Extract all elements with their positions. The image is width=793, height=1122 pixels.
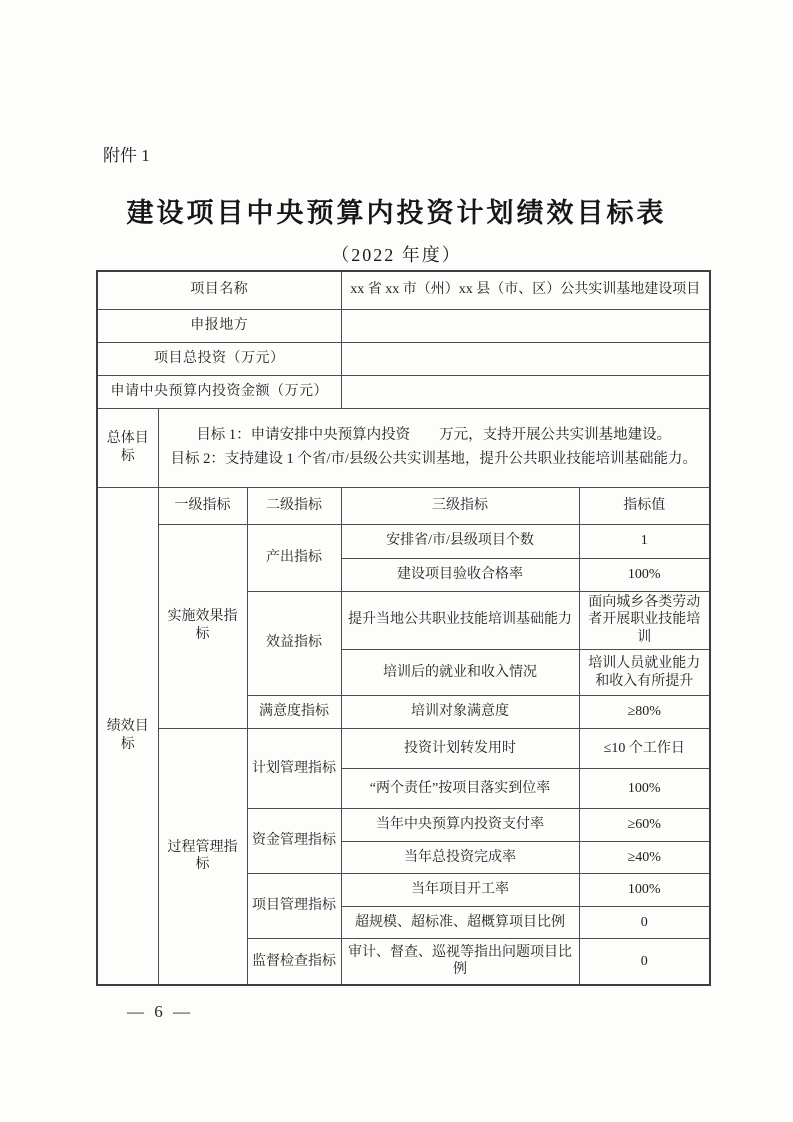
indicator-name: 建设项目验收合格率 [341,558,579,591]
attachment-label: 附件 1 [103,141,150,166]
table-row: 申请中央预算内投资金额（万元） [97,375,710,408]
indicator-name: 投资计划转发用时 [341,729,579,769]
indicator-value: 1 [579,524,710,558]
central-budget-amount-label: 申请中央预算内投资金额（万元） [97,375,341,408]
header-level3: 三级指标 [341,487,579,524]
level2-plan-management: 计划管理指标 [247,729,341,809]
indicator-value: ≥80% [579,696,710,729]
indicator-name: 超规模、超标准、超概算项目比例 [341,907,579,939]
indicator-value: 100% [579,558,710,591]
level2-project-management: 项目管理指标 [247,874,341,939]
indicator-name: 审计、督查、巡视等指出问题项目比例 [341,939,579,985]
indicator-name: 安排省/市/县级项目个数 [341,524,579,558]
indicator-name: 当年中央预算内投资支付率 [341,809,579,842]
indicator-name: 培训后的就业和收入情况 [341,650,579,696]
indicator-value: 100% [579,874,710,907]
indicator-name: 当年项目开工率 [341,874,579,907]
level2-supervision-inspection: 监督检查指标 [247,939,341,985]
level2-benefit-indicators: 效益指标 [247,591,341,696]
indicator-header-row: 绩效目标 一级指标 二级指标 三级指标 指标值 [97,487,710,524]
total-investment-label: 项目总投资（万元） [97,342,341,375]
indicator-value: ≥40% [579,842,710,874]
header-level1: 一级指标 [158,487,247,524]
indicator-value: ≥60% [579,809,710,842]
overall-goal-line-1: 目标 1：申请安排中央预算内投资 万元，支持开展公共实训基地建设。 [162,424,707,448]
level1-process-indicators: 过程管理指标 [158,729,247,985]
level1-effect-indicators: 实施效果指标 [158,524,247,729]
project-name-label: 项目名称 [97,271,341,309]
indicator-value: 面向城乡各类劳动者开展职业技能培训 [579,591,710,650]
indicator-row: 实施效果指标 产出指标 安排省/市/县级项目个数 1 [97,524,710,558]
declaring-region-value [341,309,710,342]
indicator-value: 培训人员就业能力和收入有所提升 [579,650,710,696]
overall-goal-label: 总体目标 [97,408,158,487]
document-page: 附件 1 建设项目中央预算内投资计划绩效目标表 （2022 年度） 项目名称 x… [0,0,793,1122]
overall-goal-line-2: 目标 2：支持建设 1 个省/市/县级公共实训基地，提升公共职业技能培训基础能力… [162,448,707,472]
table-row: 申报地方 [97,309,710,342]
page-subtitle: （2022 年度） [0,241,793,267]
overall-goal-row: 总体目标 目标 1：申请安排中央预算内投资 万元，支持开展公共实训基地建设。 目… [97,408,710,487]
level2-satisfaction-indicators: 满意度指标 [247,696,341,729]
level2-output-indicators: 产出指标 [247,524,341,591]
indicator-value: ≤10 个工作日 [579,729,710,769]
performance-target-table: 项目名称 xx 省 xx 市（州）xx 县（市、区）公共实训基地建设项目 申报地… [96,270,711,986]
total-investment-value [341,342,710,375]
overall-goal-cell: 目标 1：申请安排中央预算内投资 万元，支持开展公共实训基地建设。 目标 2：支… [158,408,710,487]
table-row: 项目名称 xx 省 xx 市（州）xx 县（市、区）公共实训基地建设项目 [97,271,710,309]
level2-fund-management: 资金管理指标 [247,809,341,874]
performance-goal-label: 绩效目标 [97,487,158,985]
indicator-name: 提升当地公共职业技能培训基础能力 [341,591,579,650]
table-row: 项目总投资（万元） [97,342,710,375]
page-number: — 6 — [127,1002,193,1022]
project-name-value: xx 省 xx 市（州）xx 县（市、区）公共实训基地建设项目 [341,271,710,309]
central-budget-amount-value [341,375,710,408]
indicator-row: 过程管理指标 计划管理指标 投资计划转发用时 ≤10 个工作日 [97,729,710,769]
indicator-name: 培训对象满意度 [341,696,579,729]
indicator-value: 0 [579,907,710,939]
performance-table-wrap: 项目名称 xx 省 xx 市（州）xx 县（市、区）公共实训基地建设项目 申报地… [96,270,711,986]
indicator-name: 当年总投资完成率 [341,842,579,874]
header-level2: 二级指标 [247,487,341,524]
header-value: 指标值 [579,487,710,524]
page-title: 建设项目中央预算内投资计划绩效目标表 [0,191,793,230]
indicator-value: 100% [579,769,710,809]
declaring-region-label: 申报地方 [97,309,341,342]
indicator-value: 0 [579,939,710,985]
indicator-name: “两个责任”按项目落实到位率 [341,769,579,809]
